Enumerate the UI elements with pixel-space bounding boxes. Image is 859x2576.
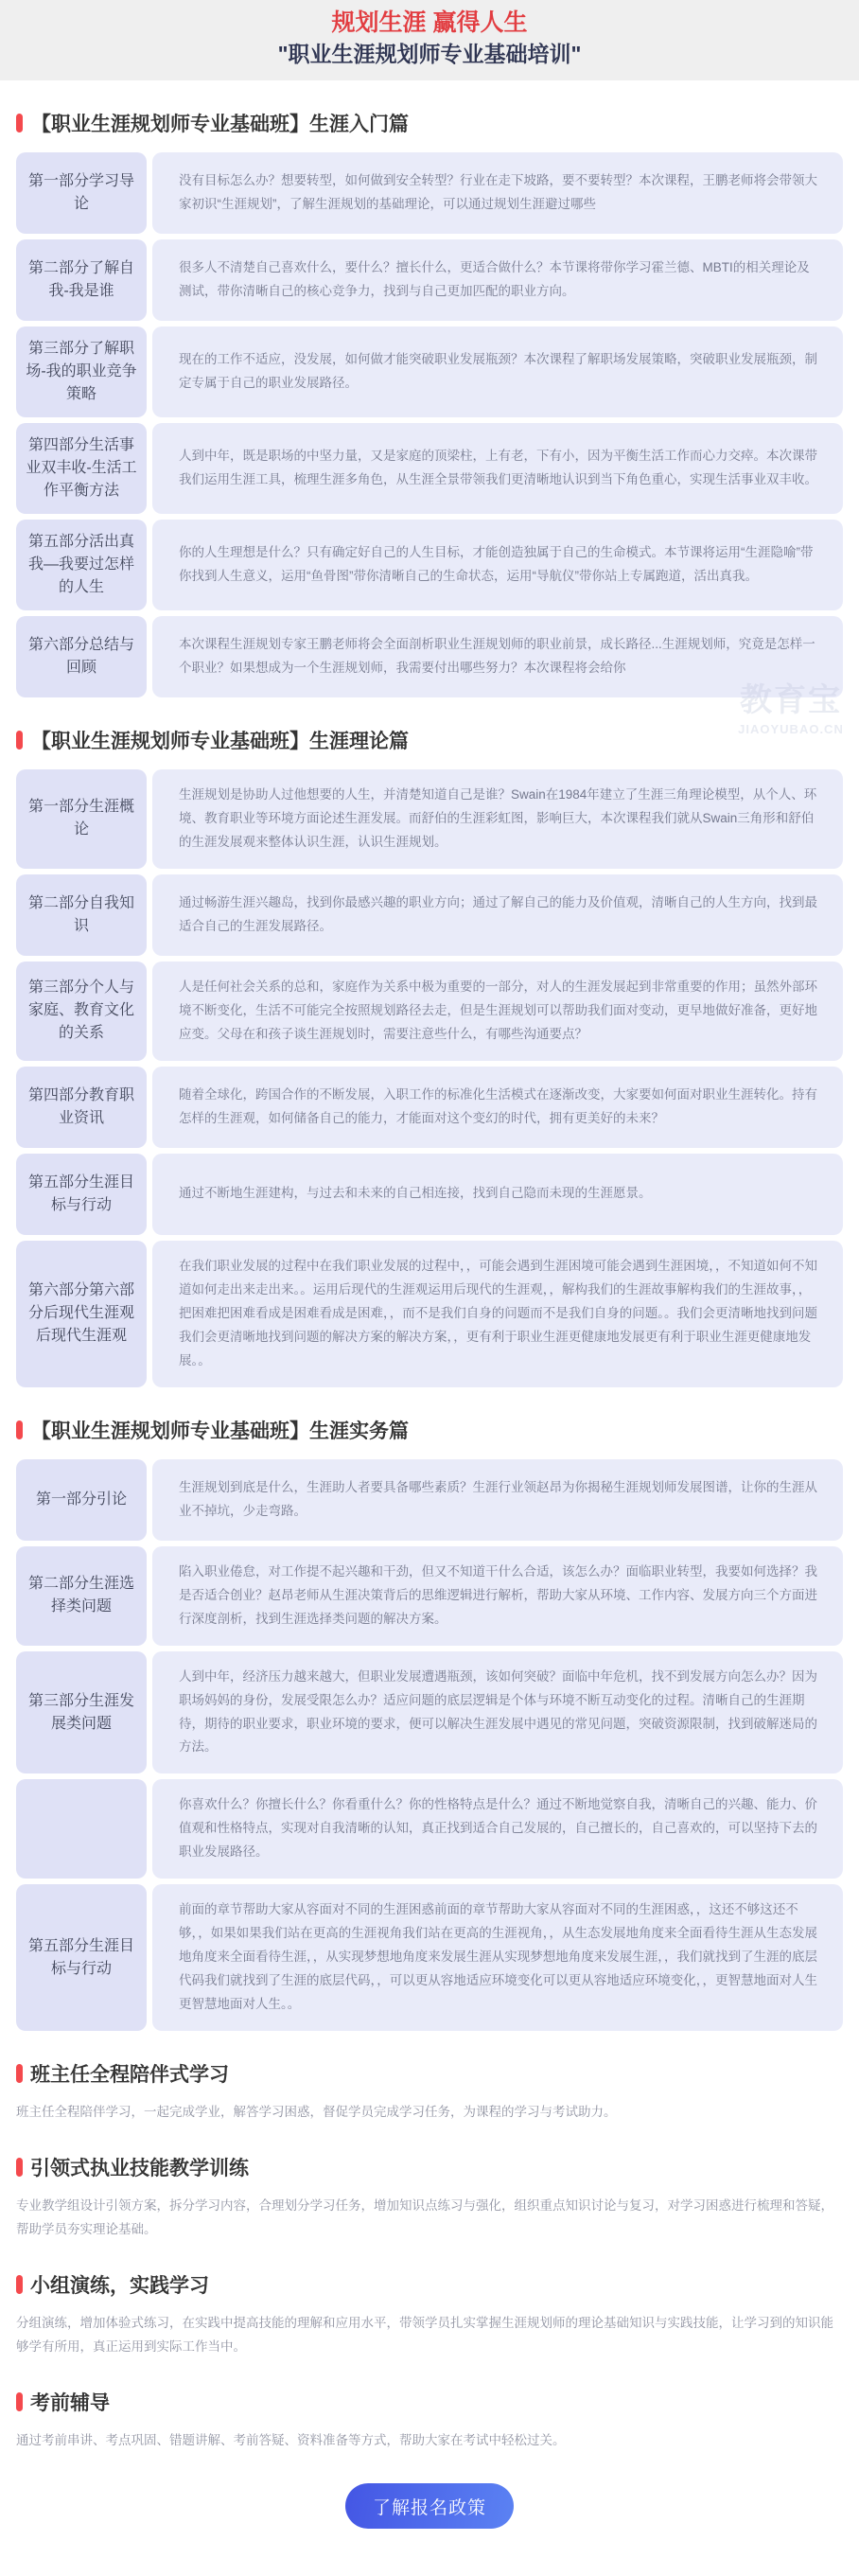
part-description: 通过不断地生涯建构，与过去和未来的自己相连接，找到自己隐而未现的生涯愿景。: [152, 1154, 843, 1235]
part-description: 很多人不清楚自己喜欢什么，要什么？擅长什么，更适合做什么？本节课将带你学习霍兰德…: [152, 239, 843, 321]
part-label: 第五部分活出真我—我要过怎样的人生: [16, 520, 147, 610]
feature-heading: 班主任全程陪伴式学习: [16, 2059, 843, 2088]
part-label: 第六部分第六部分后现代生涯观后现代生涯观: [16, 1241, 147, 1387]
part-label: 第二部分自我知识: [16, 874, 147, 956]
red-bar-icon: [16, 114, 23, 132]
table-row: 你喜欢什么？你擅长什么？你看重什么？你的性格特点是什么？通过不断地觉察自我，清晰…: [16, 1779, 843, 1879]
table-row: 第二部分了解自我-我是谁 很多人不清楚自己喜欢什么，要什么？擅长什么，更适合做什…: [16, 239, 843, 321]
red-bar-icon: [16, 731, 23, 750]
feature-description: 分组演练，增加体验式练习，在实践中提高技能的理解和应用水平，带领学员扎实掌握生涯…: [16, 2312, 843, 2359]
section-heading-text: 【职业生涯规划师专业基础班】生涯实务篇: [31, 1416, 409, 1444]
feature-description: 通过考前串讲、考点巩固、错题讲解、考前答疑、资料准备等方式，帮助大家在考试中轻松…: [16, 2429, 843, 2453]
feature-heading-text: 班主任全程陪伴式学习: [30, 2059, 229, 2088]
feature-heading: 考前辅导: [16, 2388, 843, 2416]
page-subtitle: "职业生涯规划师专业基础培训": [0, 41, 859, 69]
section-career-intro: 【职业生涯规划师专业基础班】生涯入门篇 第一部分学习导论 没有目标怎么办？想要转…: [16, 109, 843, 697]
part-label: 第一部分学习导论: [16, 152, 147, 234]
table-row: 第六部分总结与回顾 本次课程生涯规划专家王鹏老师将会全面剖析职业生涯规划师的职业…: [16, 616, 843, 697]
part-description: 人到中年，既是职场的中坚力量，又是家庭的顶梁柱，上有老，下有小，因为平衡生活工作…: [152, 423, 843, 514]
red-bar-icon: [16, 2064, 23, 2083]
page-banner: 规划生涯 赢得人生 "职业生涯规划师专业基础培训": [0, 0, 859, 80]
enrollment-policy-button[interactable]: 了解报名政策: [345, 2483, 514, 2529]
part-description: 你的人生理想是什么？只有确定好自己的人生目标，才能创造独属于自己的生命模式。本节…: [152, 520, 843, 610]
course-table: 第一部分引论 生涯规划到底是什么，生涯助人者要具备哪些素质？生涯行业领赵昂为你揭…: [16, 1459, 843, 2032]
feature-heading-text: 小组演练，实践学习: [30, 2270, 209, 2299]
part-description: 陷入职业倦怠，对工作提不起兴趣和干劲，但又不知道干什么合适，该怎么办？面临职业转…: [152, 1546, 843, 1646]
part-description: 现在的工作不适应，没发展，如何做才能突破职业发展瓶颈？本次课程了解职场发展策略，…: [152, 326, 843, 417]
part-label: 第四部分教育职业资讯: [16, 1067, 147, 1148]
part-label: 第二部分生涯选择类问题: [16, 1546, 147, 1646]
feature-heading-text: 考前辅导: [30, 2388, 110, 2416]
feature-heading-text: 引领式执业技能教学训练: [30, 2153, 249, 2181]
table-row: 第一部分生涯概论 生涯规划是协助人过他想要的人生，并清楚知道自己是谁？Swain…: [16, 769, 843, 869]
part-description: 随着全球化，跨国合作的不断发展，入职工作的标准化生活模式在逐渐改变，大家要如何面…: [152, 1067, 843, 1148]
table-row: 第五部分活出真我—我要过怎样的人生 你的人生理想是什么？只有确定好自己的人生目标…: [16, 520, 843, 610]
section-heading-text: 【职业生涯规划师专业基础班】生涯入门篇: [31, 109, 409, 137]
part-label: 第二部分了解自我-我是谁: [16, 239, 147, 321]
table-row: 第五部分生涯目标与行动 通过不断地生涯建构，与过去和未来的自己相连接，找到自己隐…: [16, 1154, 843, 1235]
part-label: 第四部分生活事业双丰收-生活工作平衡方法: [16, 423, 147, 514]
part-description: 在我们职业发展的过程中在我们职业发展的过程中，，可能会遇到生涯困境可能会遇到生涯…: [152, 1241, 843, 1387]
course-table: 第一部分学习导论 没有目标怎么办？想要转型，如何做到安全转型？行业在走下坡路，要…: [16, 152, 843, 697]
part-label-empty: [16, 1779, 147, 1879]
table-row: 第一部分学习导论 没有目标怎么办？想要转型，如何做到安全转型？行业在走下坡路，要…: [16, 152, 843, 234]
section-career-theory: 【职业生涯规划师专业基础班】生涯理论篇 第一部分生涯概论 生涯规划是协助人过他想…: [16, 726, 843, 1387]
section-heading: 【职业生涯规划师专业基础班】生涯实务篇: [16, 1416, 843, 1444]
section-career-practice: 【职业生涯规划师专业基础班】生涯实务篇 第一部分引论 生涯规划到底是什么，生涯助…: [16, 1416, 843, 2032]
feature-teacher-accompany: 班主任全程陪伴式学习 班主任全程陪伴学习，一起完成学业，解答学习困惑，督促学员完…: [16, 2059, 843, 2125]
part-label: 第一部分生涯概论: [16, 769, 147, 869]
feature-group-practice: 小组演练，实践学习 分组演练，增加体验式练习，在实践中提高技能的理解和应用水平，…: [16, 2270, 843, 2359]
feature-guided-training: 引领式执业技能教学训练 专业教学组设计引领方案，拆分学习内容，合理划分学习任务，…: [16, 2153, 843, 2242]
red-bar-icon: [16, 1420, 23, 1439]
section-heading-text: 【职业生涯规划师专业基础班】生涯理论篇: [31, 726, 409, 754]
page-title: 规划生涯 赢得人生: [0, 9, 859, 38]
table-row: 第四部分生活事业双丰收-生活工作平衡方法 人到中年，既是职场的中坚力量，又是家庭…: [16, 423, 843, 514]
part-label: 第三部分个人与家庭、教育文化的关系: [16, 962, 147, 1061]
table-row: 第三部分个人与家庭、教育文化的关系 人是任何社会关系的总和，家庭作为关系中极为重…: [16, 962, 843, 1061]
part-label: 第五部分生涯目标与行动: [16, 1884, 147, 2031]
part-label: 第五部分生涯目标与行动: [16, 1154, 147, 1235]
feature-heading: 小组演练，实践学习: [16, 2270, 843, 2299]
feature-exam-coaching: 考前辅导 通过考前串讲、考点巩固、错题讲解、考前答疑、资料准备等方式，帮助大家在…: [16, 2388, 843, 2453]
course-table: 第一部分生涯概论 生涯规划是协助人过他想要的人生，并清楚知道自己是谁？Swain…: [16, 769, 843, 1387]
feature-description: 专业教学组设计引领方案，拆分学习内容，合理划分学习任务，增加知识点练习与强化，组…: [16, 2195, 843, 2242]
red-bar-icon: [16, 2275, 23, 2294]
section-heading: 【职业生涯规划师专业基础班】生涯入门篇: [16, 109, 843, 137]
feature-heading: 引领式执业技能教学训练: [16, 2153, 843, 2181]
part-description: 前面的章节帮助大家从容面对不同的生涯困惑前面的章节帮助大家从容面对不同的生涯困惑…: [152, 1884, 843, 2031]
part-description: 没有目标怎么办？想要转型，如何做到安全转型？行业在走下坡路，要不要转型？本次课程…: [152, 152, 843, 234]
table-row: 第六部分第六部分后现代生涯观后现代生涯观 在我们职业发展的过程中在我们职业发展的…: [16, 1241, 843, 1387]
table-row: 第二部分自我知识 通过畅游生涯兴趣岛，找到你最感兴趣的职业方向；通过了解自己的能…: [16, 874, 843, 956]
part-description: 你喜欢什么？你擅长什么？你看重什么？你的性格特点是什么？通过不断地觉察自我，清晰…: [152, 1779, 843, 1879]
table-row: 第三部分生涯发展类问题 人到中年，经济压力越来越大，但职业发展遭遇瓶颈，该如何突…: [16, 1651, 843, 1774]
part-description: 生涯规划是协助人过他想要的人生，并清楚知道自己是谁？Swain在1984年建立了…: [152, 769, 843, 869]
table-row: 第四部分教育职业资讯 随着全球化，跨国合作的不断发展，入职工作的标准化生活模式在…: [16, 1067, 843, 1148]
part-description: 人到中年，经济压力越来越大，但职业发展遭遇瓶颈，该如何突破？面临中年危机，找不到…: [152, 1651, 843, 1774]
part-description: 本次课程生涯规划专家王鹏老师将会全面剖析职业生涯规划师的职业前景，成长路径...…: [152, 616, 843, 697]
table-row: 第二部分生涯选择类问题 陷入职业倦怠，对工作提不起兴趣和干劲，但又不知道干什么合…: [16, 1546, 843, 1646]
section-heading: 【职业生涯规划师专业基础班】生涯理论篇: [16, 726, 843, 754]
table-row: 第三部分了解职场-我的职业竞争策略 现在的工作不适应，没发展，如何做才能突破职业…: [16, 326, 843, 417]
course-content: 【职业生涯规划师专业基础班】生涯入门篇 第一部分学习导论 没有目标怎么办？想要转…: [0, 109, 859, 2529]
part-description: 人是任何社会关系的总和，家庭作为关系中极为重要的一部分，对人的生涯发展起到非常重…: [152, 962, 843, 1061]
part-label: 第一部分引论: [16, 1459, 147, 1541]
part-label: 第六部分总结与回顾: [16, 616, 147, 697]
table-row: 第一部分引论 生涯规划到底是什么，生涯助人者要具备哪些素质？生涯行业领赵昂为你揭…: [16, 1459, 843, 1541]
table-row: 第五部分生涯目标与行动 前面的章节帮助大家从容面对不同的生涯困惑前面的章节帮助大…: [16, 1884, 843, 2031]
feature-description: 班主任全程陪伴学习，一起完成学业，解答学习困惑，督促学员完成学习任务，为课程的学…: [16, 2101, 843, 2125]
part-label: 第三部分了解职场-我的职业竞争策略: [16, 326, 147, 417]
part-description: 生涯规划到底是什么，生涯助人者要具备哪些素质？生涯行业领赵昂为你揭秘生涯规划师发…: [152, 1459, 843, 1541]
part-label: 第三部分生涯发展类问题: [16, 1651, 147, 1774]
red-bar-icon: [16, 2158, 23, 2177]
red-bar-icon: [16, 2392, 23, 2411]
part-description: 通过畅游生涯兴趣岛，找到你最感兴趣的职业方向；通过了解自己的能力及价值观，清晰自…: [152, 874, 843, 956]
